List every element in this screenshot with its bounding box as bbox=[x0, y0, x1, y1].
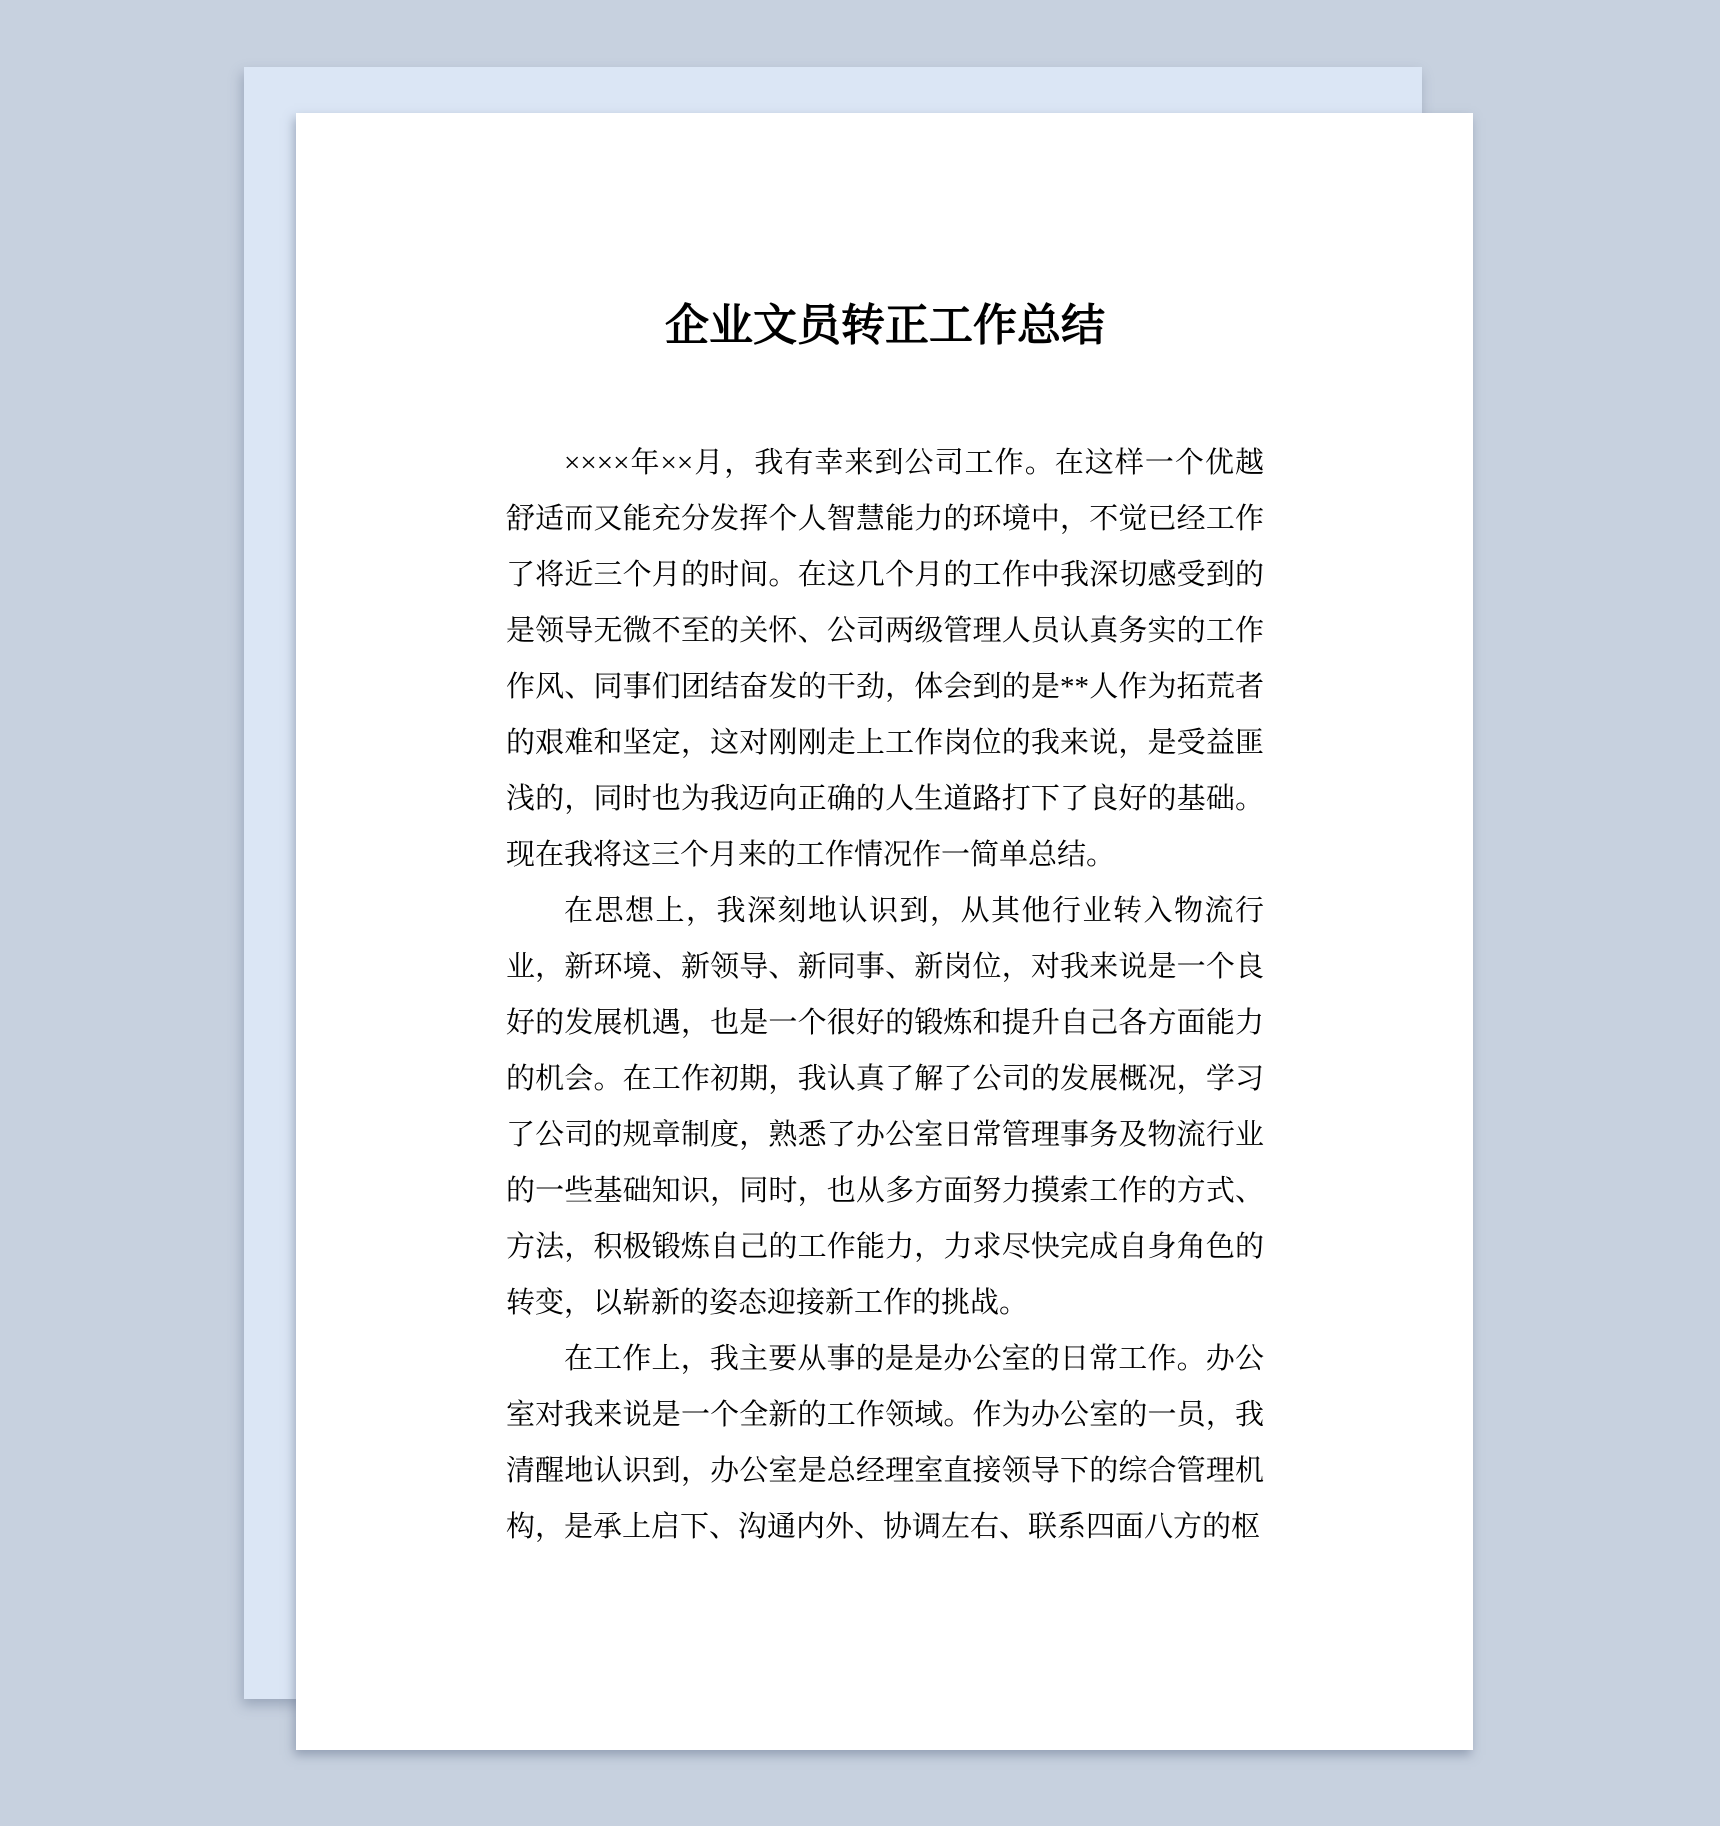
paragraph: 在工作上，我主要从事的是是办公室的日常工作。办公室对我来说是一个全新的工作领域。… bbox=[506, 1331, 1264, 1555]
desk-background: { "colors": { "desk_background": "#c7d1d… bbox=[0, 0, 1720, 1826]
document-title: 企业文员转正工作总结 bbox=[506, 304, 1264, 348]
paragraph: ××××年××月，我有幸来到公司工作。在这样一个优越舒适而又能充分发挥个人智慧能… bbox=[506, 435, 1264, 883]
paragraph: 在思想上，我深刻地认识到，从其他行业转入物流行业，新环境、新领导、新同事、新岗位… bbox=[506, 883, 1264, 1331]
document-body: ××××年××月，我有幸来到公司工作。在这样一个优越舒适而又能充分发挥个人智慧能… bbox=[506, 435, 1264, 1555]
document-page: 企业文员转正工作总结 ××××年××月，我有幸来到公司工作。在这样一个优越舒适而… bbox=[296, 113, 1473, 1750]
